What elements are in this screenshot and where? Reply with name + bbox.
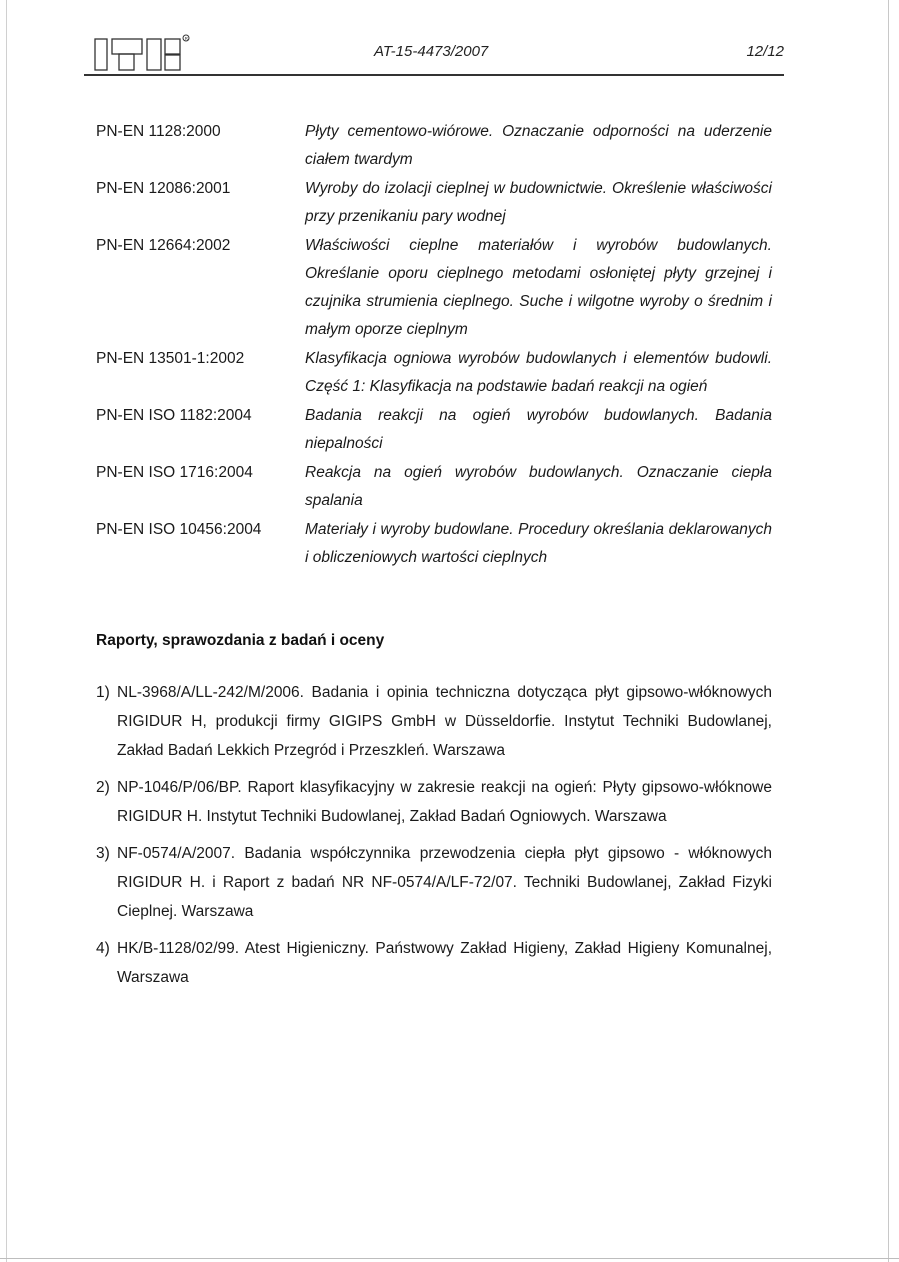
page-header: R AT-15-4473/2007 12/12 xyxy=(84,30,784,76)
standard-description: Wyroby do izolacji cieplnej w budownictw… xyxy=(305,175,772,231)
standards-list: PN-EN 1128:2000 Płyty cementowo-wiórowe.… xyxy=(96,118,772,572)
header-divider xyxy=(84,74,784,76)
standard-row: PN-EN ISO 1182:2004 Badania reakcji na o… xyxy=(96,402,772,458)
report-item: 1) NL-3968/A/LL-242/M/2006. Badania i op… xyxy=(96,678,772,765)
standard-code: PN-EN 12086:2001 xyxy=(96,175,305,231)
standard-code: PN-EN 12664:2002 xyxy=(96,232,305,344)
report-text: HK/B-1128/02/99. Atest Higieniczny. Pańs… xyxy=(117,934,772,992)
scan-edge-left xyxy=(6,0,7,1262)
section-heading-reports: Raporty, sprawozdania z badań i oceny xyxy=(96,632,384,650)
report-number: 2) xyxy=(96,773,117,831)
standard-description: Płyty cementowo-wiórowe. Oznaczanie odpo… xyxy=(305,118,772,174)
reports-list: 1) NL-3968/A/LL-242/M/2006. Badania i op… xyxy=(96,678,772,1000)
standard-code: PN-EN ISO 1182:2004 xyxy=(96,402,305,458)
standard-description: Badania reakcji na ogień wyrobów budowla… xyxy=(305,402,772,458)
report-number: 4) xyxy=(96,934,117,992)
standard-code: PN-EN 13501-1:2002 xyxy=(96,345,305,401)
report-text: NP-1046/P/06/BP. Raport klasyfikacyjny w… xyxy=(117,773,772,831)
report-item: 4) HK/B-1128/02/99. Atest Higieniczny. P… xyxy=(96,934,772,992)
standard-row: PN-EN 12086:2001 Wyroby do izolacji ciep… xyxy=(96,175,772,231)
standard-code: PN-EN 1128:2000 xyxy=(96,118,305,174)
report-text: NL-3968/A/LL-242/M/2006. Badania i opini… xyxy=(117,678,772,765)
standard-code: PN-EN ISO 10456:2004 xyxy=(96,516,305,572)
page-number: 12/12 xyxy=(746,43,784,60)
standard-description: Właściwości cieplne materiałów i wyrobów… xyxy=(305,232,772,344)
standard-description: Reakcja na ogień wyrobów budowlanych. Oz… xyxy=(305,459,772,515)
report-item: 3) NF-0574/A/2007. Badania współczynnika… xyxy=(96,839,772,926)
itb-logo-icon: R xyxy=(94,34,204,72)
report-text: NF-0574/A/2007. Badania współczynnika pr… xyxy=(117,839,772,926)
report-number: 1) xyxy=(96,678,117,765)
report-number: 3) xyxy=(96,839,117,926)
scan-edge-right xyxy=(888,0,889,1262)
standard-description: Materiały i wyroby budowlane. Procedury … xyxy=(305,516,772,572)
scan-edge-bottom xyxy=(0,1258,899,1259)
standard-row: PN-EN 13501-1:2002 Klasyfikacja ogniowa … xyxy=(96,345,772,401)
standard-row: PN-EN ISO 10456:2004 Materiały i wyroby … xyxy=(96,516,772,572)
standard-row: PN-EN 1128:2000 Płyty cementowo-wiórowe.… xyxy=(96,118,772,174)
document-id: AT-15-4473/2007 xyxy=(374,43,488,60)
standard-row: PN-EN ISO 1716:2004 Reakcja na ogień wyr… xyxy=(96,459,772,515)
standard-description: Klasyfikacja ogniowa wyrobów budowlanych… xyxy=(305,345,772,401)
standard-row: PN-EN 12664:2002 Właściwości cieplne mat… xyxy=(96,232,772,344)
standard-code: PN-EN ISO 1716:2004 xyxy=(96,459,305,515)
report-item: 2) NP-1046/P/06/BP. Raport klasyfikacyjn… xyxy=(96,773,772,831)
